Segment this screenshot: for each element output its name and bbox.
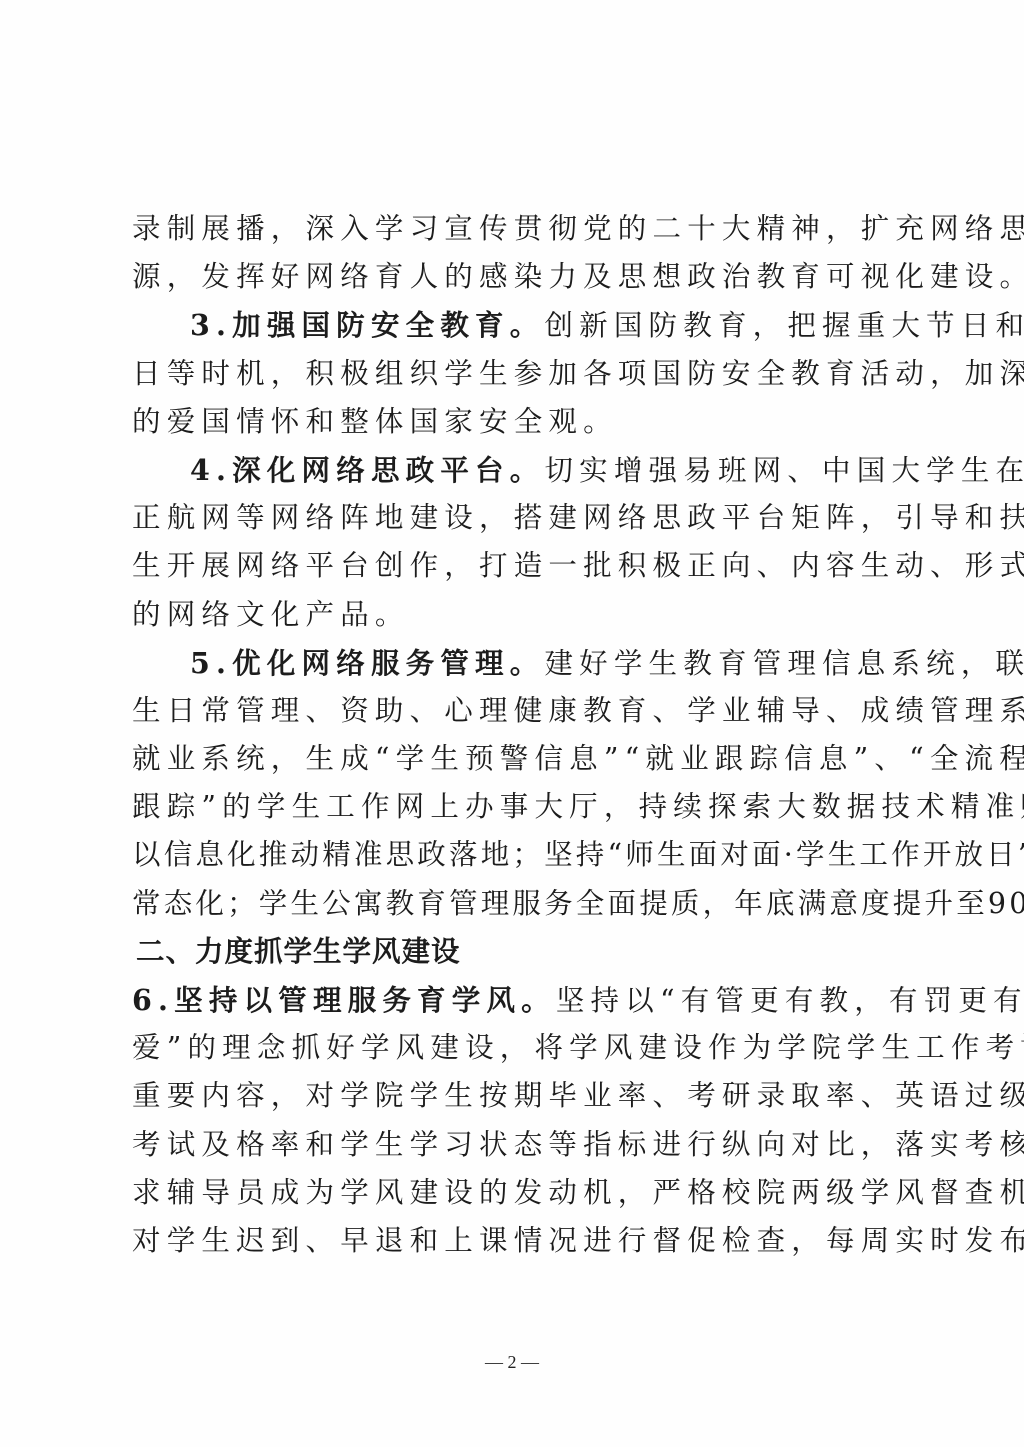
text-line: 考试及格率和学生学习状态等指标进行纵向对比，落实考核。要 — [132, 1121, 902, 1169]
text-line: 常态化；学生公寓教育管理服务全面提质，年底满意度提升至90%。 — [132, 880, 902, 928]
text-fragment: 建好学生教育管理信息系统，联通学 — [544, 647, 1024, 680]
text-line: 跟踪”的学生工作网上办事大厅，持续探索大数据技术精准赋能， — [132, 783, 902, 831]
text-fragment: 切实增强易班网、中国大学生在线、 — [544, 454, 1024, 487]
paragraph-lead: 6.坚持以管理服务育学风。 — [132, 983, 556, 1017]
text-line-first: 4.深化网络思政平台。切实增强易班网、中国大学生在线、 — [132, 446, 902, 494]
paragraph-online-platform: 4.深化网络思政平台。切实增强易班网、中国大学生在线、 正航网等网络阵地建设，搭… — [132, 446, 902, 639]
text-line: 日等时机，积极组织学生参加各项国防安全教育活动，加深学生 — [132, 350, 902, 398]
paragraph-continued: 录制展播，深入学习宣传贯彻党的二十大精神，扩充网络思政资 源，发挥好网络育人的感… — [132, 205, 902, 301]
text-line: 的网络文化产品。 — [132, 591, 902, 639]
text-line-first: 6.坚持以管理服务育学风。坚持以“有管更有教，有罚更有 — [132, 976, 902, 1024]
paragraph-online-services: 5.优化网络服务管理。建好学生教育管理信息系统，联通学 生日常管理、资助、心理健… — [132, 639, 902, 928]
text-line-first: 3.加强国防安全教育。创新国防教育，把握重大节日和纪念 — [132, 301, 902, 349]
text-line: 录制展播，深入学习宣传贯彻党的二十大精神，扩充网络思政资 — [132, 205, 902, 253]
document-body: 录制展播，深入学习宣传贯彻党的二十大精神，扩充网络思政资 源，发挥好网络育人的感… — [132, 205, 902, 1265]
text-fragment: 坚持以“有管更有教，有罚更有 — [556, 984, 1024, 1017]
section-heading: 二、力度抓学生学风建设 — [132, 928, 902, 976]
paragraph-lead: 3.加强国防安全教育。 — [190, 308, 544, 342]
page-number: — 2 — — [0, 1352, 1024, 1373]
text-line: 正航网等网络阵地建设，搭建网络思政平台矩阵，引导和扶持师 — [132, 494, 902, 542]
paragraph-national-defense: 3.加强国防安全教育。创新国防教育，把握重大节日和纪念 日等时机，积极组织学生参… — [132, 301, 902, 446]
text-line: 源，发挥好网络育人的感染力及思想政治教育可视化建设。 — [132, 253, 902, 301]
paragraph-lead: 4.深化网络思政平台。 — [190, 453, 544, 487]
text-line: 求辅导员成为学风建设的发动机，严格校院两级学风督查机制， — [132, 1169, 902, 1217]
text-line: 生开展网络平台创作，打造一批积极正向、内容生动、形式多样 — [132, 542, 902, 590]
paragraph-lead: 5.优化网络服务管理。 — [190, 646, 544, 680]
text-line: 对学生迟到、早退和上课情况进行督促检查，每周实时发布学风 — [132, 1217, 902, 1265]
text-line: 爱”的理念抓好学风建设，将学风建设作为学院学生工作考评的 — [132, 1024, 902, 1072]
text-line: 以信息化推动精准思政落地；坚持“师生面对面·学生工作开放日” — [132, 831, 902, 879]
text-fragment: 创新国防教育，把握重大节日和纪念 — [544, 309, 1024, 342]
text-line: 重要内容，对学院学生按期毕业率、考研录取率、英语过级率、 — [132, 1072, 902, 1120]
section-heading-text: 二、力度抓学生学风建设 — [136, 935, 461, 968]
text-line: 就业系统，生成“学生预警信息”“就业跟踪信息”、“全流程 — [132, 735, 902, 783]
section-heading-wrap: 二、力度抓学生学风建设 — [132, 928, 902, 976]
document-page: 录制展播，深入学习宣传贯彻党的二十大精神，扩充网络思政资 源，发挥好网络育人的感… — [0, 0, 1024, 1447]
text-line-first: 5.优化网络服务管理。建好学生教育管理信息系统，联通学 — [132, 639, 902, 687]
text-line: 的爱国情怀和整体国家安全观。 — [132, 398, 902, 446]
paragraph-study-style: 6.坚持以管理服务育学风。坚持以“有管更有教，有罚更有 爱”的理念抓好学风建设，… — [132, 976, 902, 1265]
text-line: 生日常管理、资助、心理健康教育、学业辅导、成绩管理系统、 — [132, 687, 902, 735]
